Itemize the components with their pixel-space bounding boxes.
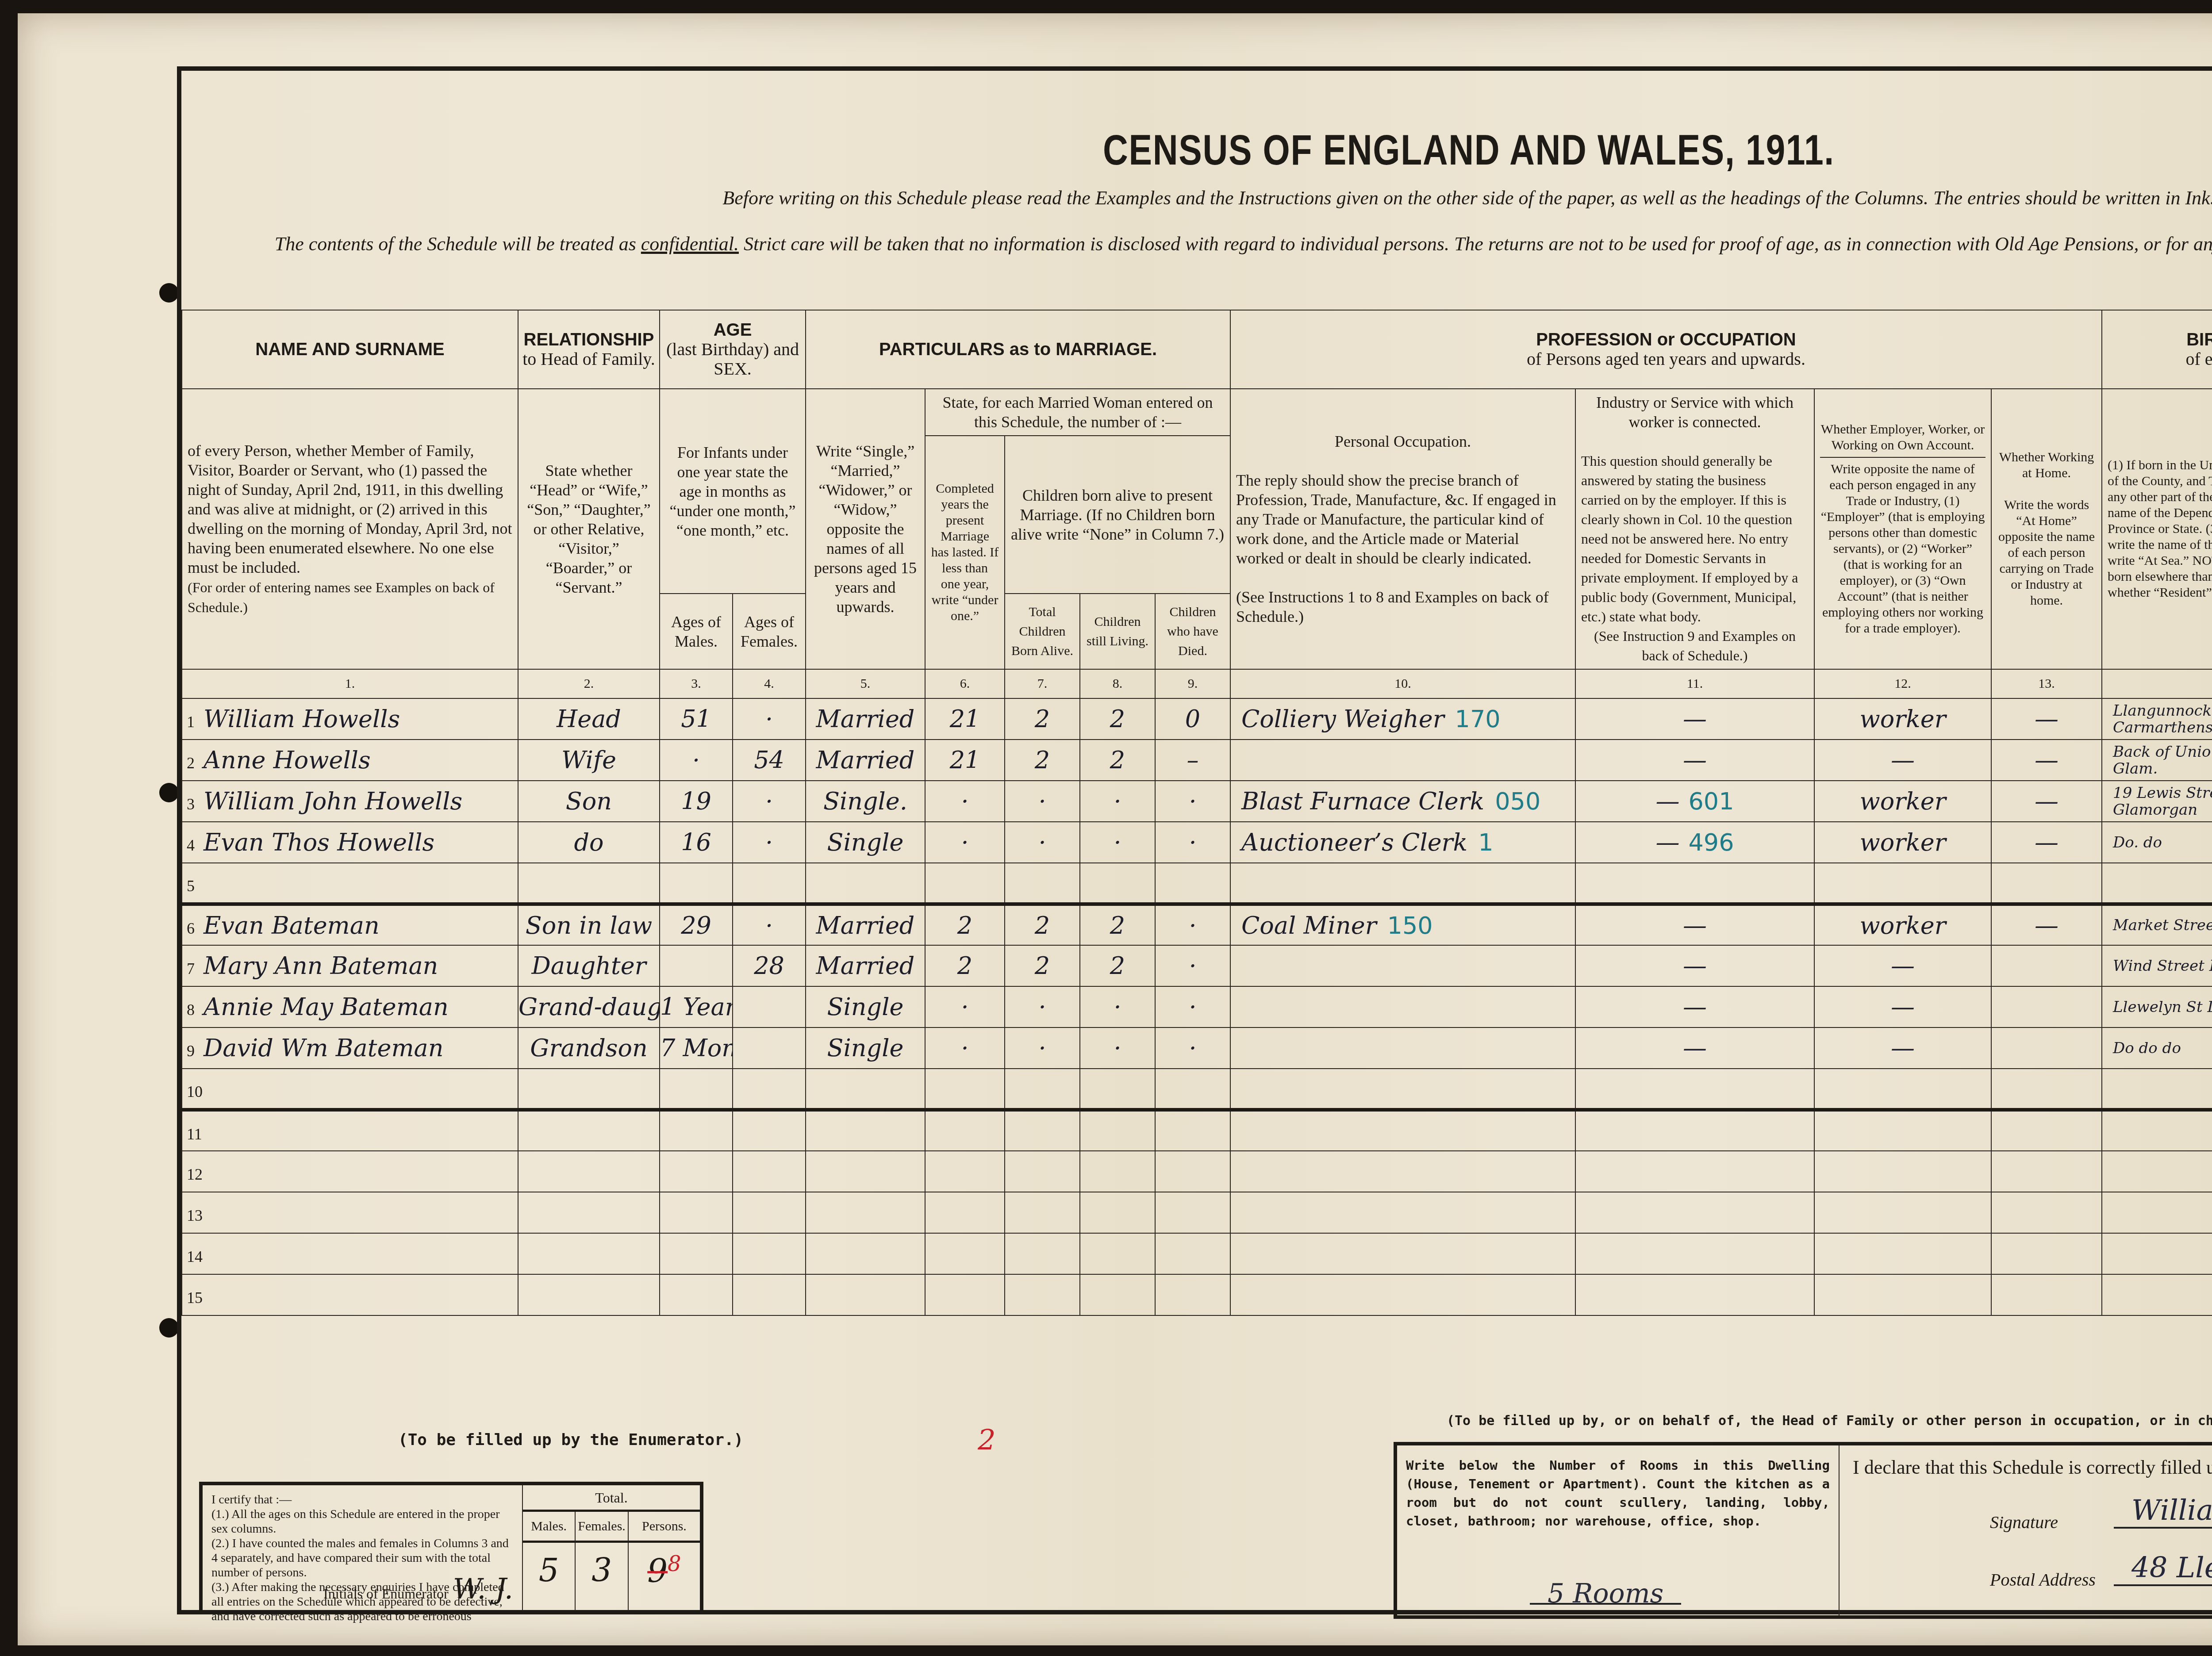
industry-cell[interactable] [1575, 1274, 1814, 1315]
enumerator-certificate: I certify that :— (1.) All the ages on t… [199, 1482, 703, 1614]
age-female-cell[interactable]: · [733, 781, 806, 822]
table-row: 10 [182, 1069, 2212, 1110]
name-cell[interactable]: 2Anne Howells [182, 740, 518, 781]
years-married-cell[interactable] [925, 1151, 1005, 1192]
children-born-cell[interactable] [1005, 1233, 1080, 1274]
birthplace-cell[interactable]: Do do do [2102, 1027, 2212, 1069]
years-married-cell[interactable]: · [925, 822, 1005, 863]
marital-status-cell[interactable] [806, 1110, 925, 1151]
employer-worker-cell[interactable]: worker [1814, 781, 1991, 822]
at-home-cell[interactable] [1991, 1151, 2102, 1192]
years-married-cell[interactable] [925, 1233, 1005, 1274]
at-home-cell[interactable] [1991, 863, 2102, 904]
postal-address-field[interactable]: 48 Llewelyn Street, Dowlais Glamorgan [2114, 1552, 2212, 1586]
age-female-cell[interactable] [733, 1069, 806, 1110]
years-married-cell[interactable]: 21 [925, 698, 1005, 740]
birthplace-cell[interactable] [2102, 1069, 2212, 1110]
employer-worker-cell[interactable]: — [1814, 740, 1991, 781]
marital-status-cell[interactable] [806, 1192, 925, 1233]
children-born-cell[interactable] [1005, 1110, 1080, 1151]
instr-ages-females: Ages of Females. [733, 594, 806, 669]
householder-section: Write below the Number of Rooms in this … [1394, 1442, 2212, 1619]
name-cell[interactable]: 1William Howells [182, 698, 518, 740]
industry-cell[interactable]: — [1575, 1027, 1814, 1069]
red-check-mark: 2 [978, 1424, 996, 1457]
relationship-cell[interactable] [518, 863, 660, 904]
years-married-cell[interactable] [925, 1274, 1005, 1315]
relationship-cell[interactable] [518, 1274, 660, 1315]
at-home-cell[interactable] [1991, 945, 2102, 986]
age-female-cell[interactable] [733, 986, 806, 1027]
relationship-cell[interactable]: Grand-daughter [518, 986, 660, 1027]
household-rows: 1William HowellsHead51·Married21220Colli… [182, 698, 2212, 1315]
relationship-cell[interactable]: Son [518, 781, 660, 822]
name-cell[interactable]: 4Evan Thos Howells [182, 822, 518, 863]
age-female-cell[interactable] [733, 1151, 806, 1192]
header-marriage: PARTICULARS as to MARRIAGE. [806, 310, 1230, 389]
table-row: 1William HowellsHead51·Married21220Colli… [182, 698, 2212, 740]
industry-cell[interactable]: — [1575, 945, 1814, 986]
occupation-cell[interactable] [1230, 1192, 1575, 1233]
occupation-cell[interactable]: Coal Miner150 [1230, 904, 1575, 945]
children-born-cell[interactable]: 2 [1005, 945, 1080, 986]
instr-at-home: Whether Working at Home.Write the words … [1991, 389, 2102, 669]
children-living-cell[interactable]: 2 [1080, 904, 1155, 945]
occupation-cell[interactable]: Blast Furnace Clerk050 [1230, 781, 1575, 822]
occupation-cell[interactable] [1230, 1274, 1575, 1315]
marital-status-cell[interactable]: Single [806, 986, 925, 1027]
marital-status-cell[interactable] [806, 863, 925, 904]
row-number: 2 [187, 754, 195, 772]
occupation-cell[interactable] [1230, 1110, 1575, 1151]
children-living-cell[interactable] [1080, 1151, 1155, 1192]
enumerator-initials: Initials of EnumeratorW. J. [323, 1582, 513, 1601]
birthplace-cell[interactable]: Back of Union Street Dowlais Glam. [2102, 740, 2212, 781]
age-female-cell[interactable]: · [733, 698, 806, 740]
total-persons[interactable]: 98 [629, 1543, 700, 1611]
at-home-cell[interactable] [1991, 1233, 2102, 1274]
confidentiality-notice: The contents of the Schedule will be tre… [181, 231, 2212, 257]
birthplace-cell[interactable] [2102, 1274, 2212, 1315]
age-male-cell[interactable]: 7 Months [660, 1027, 733, 1069]
row-number: 11 [187, 1125, 202, 1143]
postal-address-label: Postal Address [1990, 1569, 2096, 1590]
children-living-cell[interactable] [1080, 863, 1155, 904]
header-name: NAME AND SURNAME [182, 310, 518, 389]
occupation-cell[interactable] [1230, 986, 1575, 1027]
name-cell[interactable]: 13 [182, 1192, 518, 1233]
children-living-cell[interactable]: 2 [1080, 945, 1155, 986]
relationship-cell[interactable] [518, 1069, 660, 1110]
at-home-cell[interactable]: — [1991, 904, 2102, 945]
instr-age: For Infants under one year state the age… [660, 389, 806, 594]
birthplace-cell[interactable]: Wind Street Dowlais Glam. [2102, 945, 2212, 986]
birthplace-cell[interactable] [2102, 1233, 2212, 1274]
children-born-cell[interactable]: 2 [1005, 698, 1080, 740]
children-died-cell[interactable] [1155, 1233, 1230, 1274]
table-row: 6Evan BatemanSon in law29·Married222·Coa… [182, 904, 2212, 945]
children-died-cell[interactable]: · [1155, 904, 1230, 945]
years-married-cell[interactable] [925, 1192, 1005, 1233]
totals-grid: Total. Males. Females. Persons. 5 3 98 [523, 1485, 700, 1611]
marital-status-cell[interactable]: Single [806, 822, 925, 863]
name-cell[interactable]: 12 [182, 1151, 518, 1192]
children-born-cell[interactable]: 2 [1005, 740, 1080, 781]
table-row: 11 [182, 1110, 2212, 1151]
relationship-cell[interactable]: do [518, 822, 660, 863]
children-living-cell[interactable]: · [1080, 1027, 1155, 1069]
years-married-cell[interactable] [925, 1110, 1005, 1151]
children-born-cell[interactable]: · [1005, 822, 1080, 863]
birthplace-cell[interactable] [2102, 1110, 2212, 1151]
employer-worker-cell[interactable] [1814, 863, 1991, 904]
table-row: 5 [182, 863, 2212, 904]
employer-worker-cell[interactable] [1814, 1110, 1991, 1151]
employer-worker-cell[interactable] [1814, 1151, 1991, 1192]
children-born-cell[interactable]: · [1005, 986, 1080, 1027]
header-profession: PROFESSION or OCCUPATIONof Persons aged … [1230, 310, 2102, 389]
occupation-cell[interactable]: Auctioneer’s Clerk1 [1230, 822, 1575, 863]
name-cell[interactable]: 15 [182, 1274, 518, 1315]
marital-status-cell[interactable] [806, 1274, 925, 1315]
years-married-cell[interactable] [925, 1069, 1005, 1110]
age-female-cell[interactable] [733, 1233, 806, 1274]
relationship-cell[interactable]: Wife [518, 740, 660, 781]
name-cell[interactable]: 6Evan Bateman [182, 904, 518, 945]
industry-cell[interactable]: —496 [1575, 822, 1814, 863]
total-females[interactable]: 3 [576, 1543, 628, 1611]
relationship-cell[interactable] [518, 1233, 660, 1274]
age-female-cell[interactable]: 54 [733, 740, 806, 781]
age-female-cell[interactable]: · [733, 904, 806, 945]
row-number: 15 [187, 1289, 203, 1307]
page-title: CENSUS OF ENGLAND AND WALES, 1911. [413, 126, 2212, 175]
children-born-cell[interactable] [1005, 1274, 1080, 1315]
punch-hole [159, 283, 179, 303]
industry-code: 601 [1688, 787, 1734, 815]
children-died-cell[interactable]: · [1155, 986, 1230, 1027]
industry-cell[interactable] [1575, 863, 1814, 904]
name-cell[interactable]: 14 [182, 1233, 518, 1274]
industry-cell[interactable] [1575, 1110, 1814, 1151]
ink-instruction: Before writing on this Schedule please r… [181, 187, 2212, 209]
row-number: 12 [187, 1165, 203, 1183]
children-living-cell[interactable]: · [1080, 986, 1155, 1027]
table-row: 8Annie May BatemanGrand-daughter1 Year &… [182, 986, 2212, 1027]
occupation-code: 170 [1455, 705, 1501, 733]
instr-total-children: Total Children Born Alive. [1005, 594, 1080, 669]
instr-relationship: State whether “Head” or “Wife,” “Son,” “… [518, 389, 660, 669]
occupation-code: 050 [1495, 787, 1540, 815]
age-male-cell[interactable] [660, 1069, 733, 1110]
children-living-cell[interactable] [1080, 1069, 1155, 1110]
marital-status-cell[interactable]: Single. [806, 781, 925, 822]
marital-status-cell[interactable]: Married [806, 698, 925, 740]
relationship-cell[interactable]: Head [518, 698, 660, 740]
children-living-cell[interactable]: 2 [1080, 740, 1155, 781]
instr-children-living: Children still Living. [1080, 594, 1155, 669]
birthplace-cell[interactable]: Market Street Dowlais Glam. [2102, 904, 2212, 945]
at-home-cell[interactable]: — [1991, 698, 2102, 740]
children-born-cell[interactable] [1005, 863, 1080, 904]
signature-field[interactable]: William Howells [2114, 1494, 2212, 1529]
rooms-value[interactable]: 5 Rooms [1530, 1584, 1681, 1605]
children-died-cell[interactable]: · [1155, 1027, 1230, 1069]
header-birthplace: BIRTHPLACEof every Person. [2102, 310, 2212, 389]
birthplace-cell[interactable] [2102, 1151, 2212, 1192]
table-row: 3William John HowellsSon19·Single.····Bl… [182, 781, 2212, 822]
industry-cell[interactable]: — [1575, 904, 1814, 945]
children-living-cell[interactable] [1080, 1274, 1155, 1315]
age-male-cell[interactable]: 19 [660, 781, 733, 822]
householder-heading: (To be filled up by, or on behalf of, th… [1447, 1413, 2212, 1429]
occupation-cell[interactable]: Colliery Weigher170 [1230, 698, 1575, 740]
column-number-row: 1.2.3.4. 5.6.7.8. 9.10.11.12. 13.14.15.1… [182, 669, 2212, 698]
table-row: 15 [182, 1274, 2212, 1315]
row-number: 9 [187, 1042, 195, 1060]
children-living-cell[interactable]: · [1080, 822, 1155, 863]
header-row: NAME AND SURNAME RELATIONSHIPto Head of … [182, 310, 2212, 389]
industry-cell[interactable]: — [1575, 986, 1814, 1027]
employer-worker-cell[interactable]: — [1814, 945, 1991, 986]
occupation-cell[interactable] [1230, 740, 1575, 781]
name-cell[interactable]: 9David Wm Bateman [182, 1027, 518, 1069]
age-male-cell[interactable] [660, 1151, 733, 1192]
relationship-cell[interactable] [518, 1110, 660, 1151]
children-died-cell[interactable] [1155, 1151, 1230, 1192]
instr-employer: Whether Employer, Worker, or Working on … [1814, 389, 1991, 669]
instr-birthplace: (1) If born in the United Kingdom, write… [2102, 389, 2212, 669]
name-cell[interactable]: 3William John Howells [182, 781, 518, 822]
age-female-cell[interactable] [733, 1027, 806, 1069]
employer-worker-cell[interactable]: worker [1814, 698, 1991, 740]
instr-name: of every Person, whether Member of Famil… [182, 389, 518, 669]
children-living-cell[interactable]: 2 [1080, 698, 1155, 740]
children-died-cell[interactable] [1155, 863, 1230, 904]
instr-completed-years: Completed years the present Marriage has… [925, 436, 1005, 669]
at-home-cell[interactable] [1991, 1027, 2102, 1069]
confidential-word: confidential. [641, 233, 739, 255]
marital-status-cell[interactable] [806, 1069, 925, 1110]
children-died-cell[interactable]: · [1155, 945, 1230, 986]
marital-status-cell[interactable]: Married [806, 945, 925, 986]
employer-worker-cell[interactable] [1814, 1192, 1991, 1233]
relationship-cell[interactable]: Grandson [518, 1027, 660, 1069]
row-number: 14 [187, 1248, 203, 1265]
children-born-cell[interactable]: · [1005, 1027, 1080, 1069]
children-died-cell[interactable] [1155, 1069, 1230, 1110]
occupation-cell[interactable] [1230, 1233, 1575, 1274]
age-male-cell[interactable] [660, 863, 733, 904]
children-born-cell[interactable] [1005, 1069, 1080, 1110]
census-schedule-page: CENSUS OF ENGLAND AND WALES, 1911. Befor… [18, 13, 2212, 1645]
instr-marital: Write “Single,” “Married,” “Widower,” or… [806, 389, 925, 669]
rooms-box: Write below the Number of Rooms in this … [1397, 1445, 1839, 1615]
age-male-cell[interactable] [660, 945, 733, 986]
schedule-frame: CENSUS OF ENGLAND AND WALES, 1911. Befor… [177, 66, 2212, 1614]
instruction-row: of every Person, whether Member of Famil… [182, 389, 2212, 436]
children-died-cell[interactable] [1155, 1274, 1230, 1315]
row-number: 3 [187, 795, 195, 813]
at-home-cell[interactable] [1991, 1110, 2102, 1151]
industry-cell[interactable] [1575, 1151, 1814, 1192]
employer-worker-cell[interactable]: — [1814, 986, 1991, 1027]
total-males[interactable]: 5 [523, 1543, 576, 1611]
table-row: 13 [182, 1192, 2212, 1233]
occupation-cell[interactable] [1230, 863, 1575, 904]
at-home-cell[interactable]: — [1991, 740, 2102, 781]
name-cell[interactable]: 10 [182, 1069, 518, 1110]
employer-worker-cell[interactable]: — [1814, 1027, 1991, 1069]
marital-status-cell[interactable] [806, 1233, 925, 1274]
punch-hole [159, 1318, 179, 1338]
age-male-cell[interactable]: · [660, 740, 733, 781]
employer-worker-cell[interactable]: worker [1814, 904, 1991, 945]
years-married-cell[interactable]: · [925, 781, 1005, 822]
years-married-cell[interactable]: 2 [925, 945, 1005, 986]
employer-worker-cell[interactable]: worker [1814, 822, 1991, 863]
name-cell[interactable]: 5 [182, 863, 518, 904]
employer-worker-cell[interactable] [1814, 1233, 1991, 1274]
children-born-cell[interactable]: · [1005, 781, 1080, 822]
age-male-cell[interactable] [660, 1192, 733, 1233]
relationship-cell[interactable] [518, 1151, 660, 1192]
instr-personal-occupation: Personal Occupation.The reply should sho… [1230, 389, 1575, 669]
at-home-cell[interactable] [1991, 986, 2102, 1027]
table-row: 4Evan Thos Howellsdo16·Single····Auction… [182, 822, 2212, 863]
industry-cell[interactable] [1575, 1192, 1814, 1233]
marital-status-cell[interactable]: Married [806, 740, 925, 781]
employer-worker-cell[interactable] [1814, 1274, 1991, 1315]
age-female-cell[interactable] [733, 1192, 806, 1233]
children-died-cell[interactable]: 0 [1155, 698, 1230, 740]
relationship-cell[interactable]: Daughter [518, 945, 660, 986]
at-home-cell[interactable]: — [1991, 781, 2102, 822]
declaration: I declare that this Schedule is correctl… [1839, 1445, 2212, 1615]
age-male-cell[interactable] [660, 1233, 733, 1274]
age-female-cell[interactable]: 28 [733, 945, 806, 986]
age-female-cell[interactable] [733, 863, 806, 904]
instr-ages-males: Ages of Males. [660, 594, 733, 669]
header-relationship: RELATIONSHIPto Head of Family. [518, 310, 660, 389]
household-table: NAME AND SURNAME RELATIONSHIPto Head of … [181, 310, 2212, 1316]
birthplace-cell[interactable]: 19 Lewis Street Dowlais Glamorgan [2102, 781, 2212, 822]
name-cell[interactable]: 7Mary Ann Bateman [182, 945, 518, 986]
instr-children-died: Children who have Died. [1155, 594, 1230, 669]
occupation-code: 150 [1387, 912, 1433, 939]
marital-status-cell[interactable]: Married [806, 904, 925, 945]
children-died-cell[interactable]: · [1155, 822, 1230, 863]
children-died-cell[interactable]: – [1155, 740, 1230, 781]
enumerator-heading: (To be filled up by the Enumerator.) [398, 1431, 743, 1449]
employer-worker-cell[interactable] [1814, 1069, 1991, 1110]
years-married-cell[interactable] [925, 863, 1005, 904]
row-number: 8 [187, 1001, 195, 1019]
age-male-cell[interactable]: 16 [660, 822, 733, 863]
marital-status-cell[interactable]: Single [806, 1027, 925, 1069]
occupation-cell[interactable] [1230, 1151, 1575, 1192]
occupation-code: 1 [1478, 828, 1493, 856]
row-number: 13 [187, 1207, 203, 1224]
row-number: 7 [187, 960, 195, 977]
years-married-cell[interactable]: · [925, 986, 1005, 1027]
birthplace-cell[interactable]: Do. do [2102, 822, 2212, 863]
at-home-cell[interactable]: — [1991, 822, 2102, 863]
children-died-cell[interactable] [1155, 1192, 1230, 1233]
industry-code: 496 [1688, 828, 1734, 856]
age-male-cell[interactable]: 1 Year & 7 Months [660, 986, 733, 1027]
at-home-cell[interactable] [1991, 1274, 2102, 1315]
table-row: 12 [182, 1151, 2212, 1192]
table-row: 14 [182, 1233, 2212, 1274]
name-cell[interactable]: 11 [182, 1110, 518, 1151]
name-cell[interactable]: 8Annie May Bateman [182, 986, 518, 1027]
industry-cell[interactable]: — [1575, 698, 1814, 740]
children-born-cell[interactable] [1005, 1192, 1080, 1233]
table-row: 7Mary Ann BatemanDaughter28Married222·——… [182, 945, 2212, 986]
children-living-cell[interactable]: · [1080, 781, 1155, 822]
punch-hole [159, 783, 179, 802]
birthplace-cell[interactable] [2102, 1192, 2212, 1233]
relationship-cell[interactable]: Son in law [518, 904, 660, 945]
row-number: 6 [187, 920, 195, 937]
children-died-cell[interactable] [1155, 1110, 1230, 1151]
at-home-cell[interactable] [1991, 1069, 2102, 1110]
at-home-cell[interactable] [1991, 1192, 2102, 1233]
industry-cell[interactable]: —601 [1575, 781, 1814, 822]
header-age: AGE(last Birthday) and SEX. [660, 310, 806, 389]
age-male-cell[interactable] [660, 1110, 733, 1151]
table-row: 2Anne HowellsWife·54Married2122–———Back … [182, 740, 2212, 781]
industry-cell[interactable] [1575, 1233, 1814, 1274]
relationship-cell[interactable] [518, 1192, 660, 1233]
years-married-cell[interactable]: 2 [925, 904, 1005, 945]
table-row: 9David Wm BatemanGrandson7 MonthsSingle·… [182, 1027, 2212, 1069]
age-female-cell[interactable] [733, 1110, 806, 1151]
instr-industry: Industry or Service with which worker is… [1575, 389, 1814, 669]
row-number: 1 [187, 713, 195, 731]
row-number: 4 [187, 836, 195, 854]
children-living-cell[interactable] [1080, 1192, 1155, 1233]
age-male-cell[interactable]: 51 [660, 698, 733, 740]
birthplace-cell[interactable]: Llangunnock, near Llangyfni Carmarthensh… [2102, 698, 2212, 740]
occupation-cell[interactable] [1230, 1069, 1575, 1110]
signature-label: Signature [1990, 1512, 2058, 1533]
industry-cell[interactable]: — [1575, 740, 1814, 781]
instr-married-woman: State, for each Married Woman entered on… [925, 389, 1230, 436]
children-died-cell[interactable]: · [1155, 781, 1230, 822]
occupation-cell[interactable] [1230, 945, 1575, 986]
children-living-cell[interactable] [1080, 1110, 1155, 1151]
row-number: 10 [187, 1083, 203, 1100]
years-married-cell[interactable]: · [925, 1027, 1005, 1069]
age-female-cell[interactable] [733, 1274, 806, 1315]
marital-status-cell[interactable] [806, 1151, 925, 1192]
birthplace-cell[interactable] [2102, 863, 2212, 904]
industry-cell[interactable] [1575, 1069, 1814, 1110]
row-number: 5 [187, 877, 195, 895]
children-born-cell[interactable] [1005, 1151, 1080, 1192]
age-male-cell[interactable]: 29 [660, 904, 733, 945]
birthplace-cell[interactable]: Llewelyn St Dowlais [2102, 986, 2212, 1027]
age-female-cell[interactable]: · [733, 822, 806, 863]
instr-children-born: Children born alive to present Marriage.… [1005, 436, 1230, 594]
occupation-cell[interactable] [1230, 1027, 1575, 1069]
children-born-cell[interactable]: 2 [1005, 904, 1080, 945]
years-married-cell[interactable]: 21 [925, 740, 1005, 781]
children-living-cell[interactable] [1080, 1233, 1155, 1274]
age-male-cell[interactable] [660, 1274, 733, 1315]
